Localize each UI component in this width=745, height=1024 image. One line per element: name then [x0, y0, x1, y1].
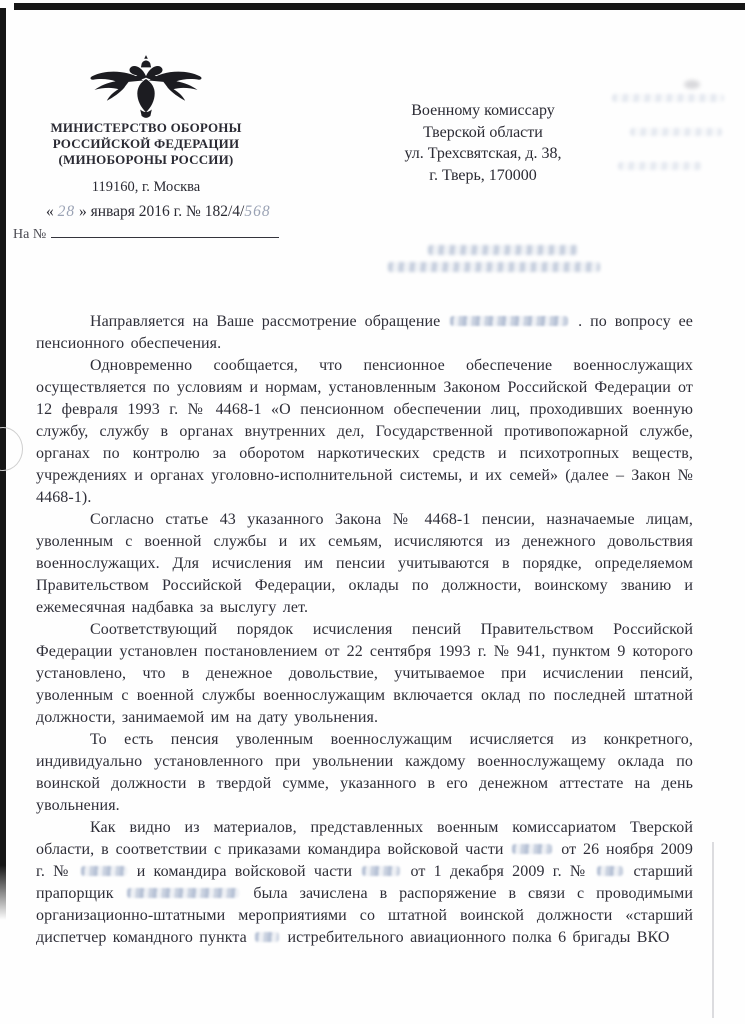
paragraph-text: Направляется на Ваше рассмотрение обраще… — [90, 313, 440, 330]
org-line-3: (МИНОБОРОНЫ РОССИИ) — [38, 152, 254, 168]
paragraph-text: Одновременно сообщается, что пенсионное … — [36, 357, 693, 506]
erased-text-line — [388, 262, 600, 272]
scan-edge-top — [14, 3, 745, 10]
redacted-text — [127, 888, 239, 898]
paragraph-text: То есть пенсия уволенным военнослужащим … — [36, 731, 693, 814]
scanned-letter-page: МИНИСТЕРСТВО ОБОРОНЫ РОССИЙСКОЙ ФЕДЕРАЦИ… — [0, 0, 745, 1024]
paragraph: Согласно статье 43 указанного Закона № 4… — [36, 509, 693, 619]
quote-open: « — [46, 203, 54, 220]
redacted-text — [597, 866, 623, 876]
paragraph: Направляется на Ваше рассмотрение обраще… — [36, 311, 693, 355]
sender-org-block: МИНИСТЕРСТВО ОБОРОНЫ РОССИЙСКОЙ ФЕДЕРАЦИ… — [38, 120, 254, 168]
handwritten-outgoing-number: 568 — [244, 203, 270, 220]
org-line-2: РОССИЙСКОЙ ФЕДЕРАЦИИ — [38, 136, 254, 152]
handwritten-day: 28 — [58, 203, 76, 220]
punch-hole-mark — [0, 427, 23, 471]
erased-margin-mark — [618, 162, 702, 170]
recipient-address-block: Военному комиссару Тверской области ул. … — [376, 100, 590, 186]
paragraph: Одновременно сообщается, что пенсионное … — [36, 355, 693, 509]
paragraph: То есть пенсия уволенным военнослужащим … — [36, 729, 693, 817]
date-printed-part: января 2016 г. № 182/4/ — [91, 203, 245, 220]
reference-label: На № — [13, 227, 46, 242]
page-edge-shadow — [712, 842, 714, 1018]
reference-number-line: На № — [13, 224, 279, 243]
org-line-1: МИНИСТЕРСТВО ОБОРОНЫ — [38, 120, 254, 136]
redacted-text — [81, 866, 127, 876]
recipient-line-2: Тверской области — [376, 122, 590, 144]
paragraph: Как видно из материалов, представленных … — [36, 817, 693, 949]
date-number-line: « 28 » января 2016 г. № 182/4/568 — [46, 203, 271, 221]
quote-close: » — [79, 203, 87, 220]
ministry-eagle-emblem-icon — [88, 54, 204, 120]
paragraph-text: и командира войсковой части — [137, 863, 352, 880]
redacted-text — [512, 844, 552, 854]
redacted-text — [450, 316, 568, 326]
paragraph-text: от 1 декабря 2009 г. № — [411, 863, 588, 880]
recipient-line-3: ул. Трехсвятская, д. 38, — [376, 143, 590, 165]
recipient-line-4: г. Тверь, 170000 — [376, 165, 590, 187]
paragraph-text: истребительного авиационного полка 6 бри… — [288, 929, 670, 946]
redacted-text — [255, 932, 279, 942]
erased-margin-mark — [612, 94, 724, 102]
erased-margin-mark — [630, 128, 722, 136]
paragraph-text: Согласно статье 43 указанного Закона № 4… — [36, 511, 693, 616]
redacted-text — [362, 866, 400, 876]
scan-speck — [684, 80, 700, 89]
body-paragraphs: Направляется на Ваше рассмотрение обраще… — [36, 311, 693, 949]
recipient-line-1: Военному комиссару — [376, 100, 590, 122]
reference-blank-underline — [51, 224, 279, 238]
paragraph-text: Соответствующий порядок исчисления пенси… — [36, 621, 693, 726]
erased-text-line — [428, 245, 578, 255]
paragraph: Соответствующий порядок исчисления пенси… — [36, 619, 693, 729]
sender-city-line: 119160, г. Москва — [38, 179, 254, 196]
